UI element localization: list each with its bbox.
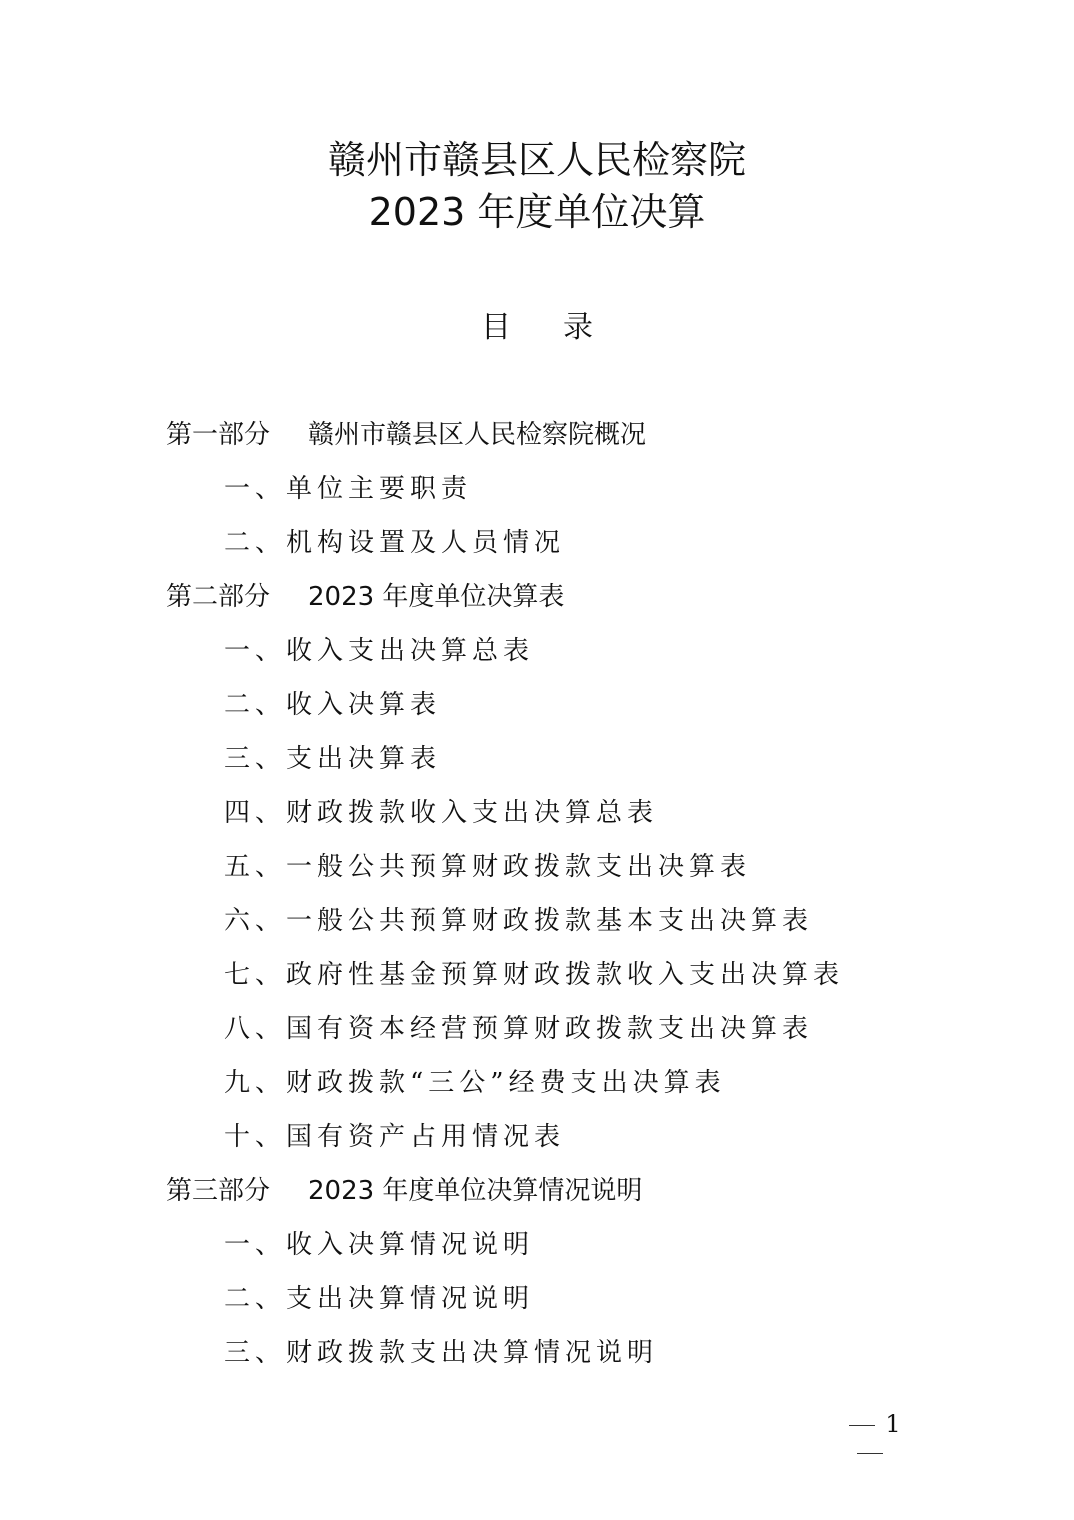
toc-item: 十、国有资产占用情况表 (224, 1110, 565, 1164)
toc-item: 三、财政拨款支出决算情况说明 (224, 1326, 658, 1380)
part-label: 第一部分 (166, 408, 308, 462)
page-number: 1 (820, 1410, 920, 1466)
part-title: 2023 年度单位决算表 (308, 582, 564, 612)
toc-item: 四、财政拨款收入支出决算总表 (224, 786, 658, 840)
dash-left (849, 1425, 875, 1426)
toc-part-3: 第三部分2023 年度单位决算情况说明 (166, 1164, 642, 1218)
toc-item: 一、单位主要职责 (224, 462, 472, 516)
toc-item: 五、一般公共预算财政拨款支出决算表 (224, 840, 751, 894)
toc-item: 八、国有资本经营预算财政拨款支出决算表 (224, 1002, 813, 1056)
toc-heading-char2: 录 (563, 302, 593, 346)
page-number-value: 1 (885, 1410, 900, 1438)
document-title-line2: 2023 年度单位决算 (0, 186, 1074, 238)
toc-part-1: 第一部分赣州市赣县区人民检察院概况 (166, 408, 646, 462)
part-title: 赣州市赣县区人民检察院概况 (308, 420, 646, 450)
toc-item: 三、支出决算表 (224, 732, 441, 786)
toc-heading: 目录 (0, 302, 1074, 346)
toc-heading-char1: 目 (481, 302, 511, 346)
toc-item: 二、收入决算表 (224, 678, 441, 732)
toc-part-2: 第二部分2023 年度单位决算表 (166, 570, 564, 624)
toc-item: 二、机构设置及人员情况 (224, 516, 565, 570)
toc-item: 二、支出决算情况说明 (224, 1272, 534, 1326)
toc-item: 一、收入决算情况说明 (224, 1218, 534, 1272)
toc-item: 九、财政拨款“三公”经费支出决算表 (224, 1056, 726, 1110)
part-label: 第三部分 (166, 1164, 308, 1218)
toc-item: 七、政府性基金预算财政拨款收入支出决算表 (224, 948, 844, 1002)
dash-right (857, 1453, 883, 1454)
document-title-line1: 赣州市赣县区人民检察院 (0, 134, 1074, 186)
part-label: 第二部分 (166, 570, 308, 624)
toc-item: 六、一般公共预算财政拨款基本支出决算表 (224, 894, 813, 948)
toc-item: 一、收入支出决算总表 (224, 624, 534, 678)
part-title: 2023 年度单位决算情况说明 (308, 1176, 642, 1206)
